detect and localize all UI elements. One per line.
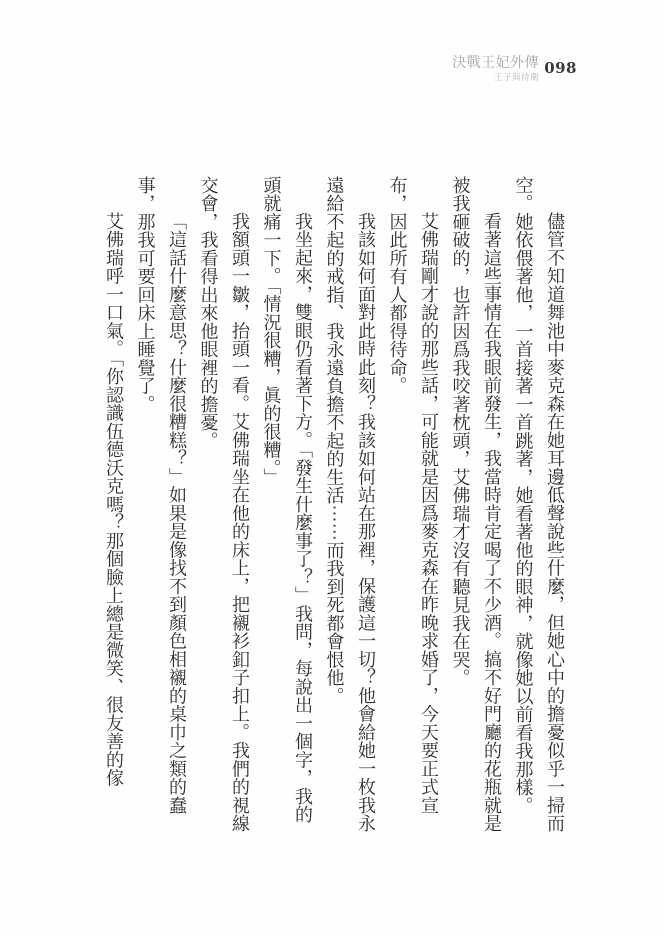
body-text: 儘管不知道舞池中麥克森在她耳邊低聲說些什麼，但她心中的擔憂似乎一掃而空。她依偎著… bbox=[94, 176, 570, 834]
paragraph: 我坐起來，雙眼仍看著下方。「發生什麼事了？」我問，每說出一個字，我的頭就痛一下。… bbox=[255, 176, 318, 834]
paragraph: 儘管不知道舞池中麥克森在她耳邊低聲說些什麼，但她心中的擔憂似乎一掃而空。她依偎著… bbox=[507, 176, 570, 834]
paragraph: 我該如何面對此時此刻？我該如何站在那裡，保護這一切？他會給她一枚我永遠給不起的戒… bbox=[318, 176, 381, 834]
paragraph: 我額頭一皺，抬頭一看。艾佛瑞坐在他的床上，把襯衫釦子扣上。我們的視線交會，我看得… bbox=[192, 176, 255, 834]
header-title-group: 決戰王妃外傳 王子與侍衛 bbox=[452, 55, 539, 83]
paragraph: 艾佛瑞剛才說的那些話，可能就是因爲麥克森在昨晚求婚了，今天要正式宣布，因此所有人… bbox=[381, 176, 444, 834]
page-header: 決戰王妃外傳 王子與侍衛 098 bbox=[452, 55, 577, 83]
paragraph: 艾佛瑞呼一口氣。「你認識伍德沃克嗎？那個臉上總是微笑、很友善的傢 bbox=[98, 176, 130, 834]
book-subtitle: 王子與侍衛 bbox=[494, 73, 539, 83]
book-title: 決戰王妃外傳 bbox=[452, 55, 539, 72]
page-number: 098 bbox=[544, 61, 577, 76]
paragraph: 看著這些事情在我眼前發生，我當時肯定喝了不少酒。搞不好門廳的花瓶就是被我砸破的，… bbox=[444, 176, 507, 834]
paragraph: 「這話什麼意思？什麼很糟糕？」如果是像找不到顏色相襯的桌巾之類的蠢事，那我可要回… bbox=[129, 176, 192, 834]
book-page: 決戰王妃外傳 王子與侍衛 098 儘管不知道舞池中麥克森在她耳邊低聲說些什麼，但… bbox=[0, 0, 663, 932]
